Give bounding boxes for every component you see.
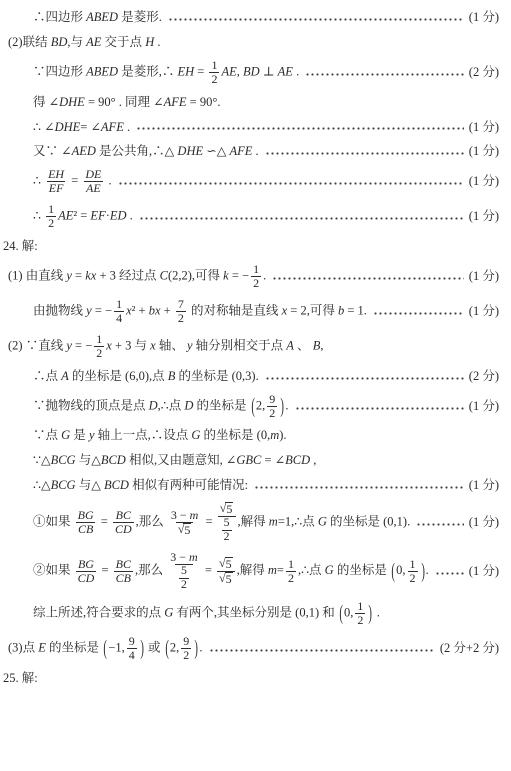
text-run: = (98, 515, 111, 529)
math-variable: ABED (86, 64, 118, 78)
fraction-numerator: 5 (222, 517, 232, 530)
math-variable: BCD (285, 453, 310, 467)
text-run: ⊥ (260, 64, 278, 78)
fraction-denominator: AE (84, 181, 103, 195)
big-right-paren: ) (140, 634, 144, 662)
text-run: ∴四边形 (33, 10, 86, 24)
doc-line-5: ∴ ∠DHE= ∠AFE .(1 分) (0, 119, 499, 136)
line-content: 又∵ ∠AED 是公共角,∴△ DHE ∽△ AFE . (33, 143, 259, 160)
line-content: ∴ 12AE² = EF·ED . (33, 203, 133, 230)
doc-line-1: ∴四边形 ABED 是菱形.(1 分) (0, 9, 499, 26)
line-content: ②如果 BGCD = BCCB,那么 3 − m52 = √5√5,解得 m=1… (33, 551, 429, 591)
text-run: 的对称轴是直线 (188, 303, 282, 317)
text-run: ,那么 (136, 515, 167, 529)
math-variable: BC (116, 508, 131, 522)
text-run: 轴上一点,∴设点 (95, 428, 192, 442)
fraction-denominator: √5 (217, 571, 235, 586)
text-run: = − (72, 338, 92, 352)
dotted-leader (416, 520, 464, 529)
text-run: ∵△ (33, 453, 51, 467)
math-variable: BC (116, 557, 131, 571)
fraction-denominator: CB (76, 522, 95, 536)
text-run: 2 (224, 530, 230, 543)
text-run: 的坐标是 (0, (200, 428, 270, 442)
text-run: 的坐标是 (193, 398, 249, 412)
score-label: (1 分) (469, 398, 499, 415)
line-content: ∵抛物线的顶点是点 D,∴点 D 的坐标是 (2,92). (33, 393, 289, 420)
text-run: 0, (396, 564, 405, 578)
score-label: (2 分) (469, 368, 499, 385)
text-run: . (285, 398, 288, 412)
text-run: . (105, 174, 111, 188)
radicand: 5 (225, 572, 233, 586)
text-run: =1,∴点 (278, 515, 318, 529)
doc-line-10: (1) 由直线 y = kx + 3 经过点 C(2,2),可得 k = −12… (0, 263, 499, 290)
fraction-numerator: √5 (218, 502, 236, 516)
text-run: ,解得 (238, 515, 269, 529)
line-content: 由抛物线 y = −14x² + bx + 72 的对称轴是直线 x = 2,可… (33, 298, 367, 325)
fraction-denominator: 2 (355, 613, 365, 627)
doc-line-8: ∴ 12AE² = EF·ED .(1 分) (0, 203, 499, 230)
text-run: 9 (183, 634, 189, 648)
big-right-paren: ) (195, 634, 199, 662)
doc-line-21: (3)点 E 的坐标是 (−1,94) 或 (2,92).(2 分+2 分) (0, 635, 499, 662)
fraction-numerator: DE (83, 168, 103, 181)
math-variable: CD (115, 522, 132, 536)
math-variable: DHE (59, 95, 85, 109)
text-run: ∴ (33, 209, 44, 223)
line-content: (1) 由直线 y = kx + 3 经过点 C(2,2),可得 k = −12… (8, 263, 266, 290)
doc-line-15: ∵点 G 是 y 轴上一点,∴设点 G 的坐标是 (0,m). (0, 427, 499, 444)
doc-line-6: 又∵ ∠AED 是公共角,∴△ DHE ∽△ AFE .(1 分) (0, 143, 499, 160)
math-variable: BCD (101, 453, 126, 467)
text-run: = − (92, 303, 112, 317)
math-variable: EH (177, 64, 194, 78)
text-run: . (263, 268, 266, 282)
text-run: ,与 (67, 35, 86, 49)
text-run: 的坐标是 (6,0),点 (69, 369, 168, 383)
fraction-numerator: 9 (127, 635, 137, 648)
text-run: , (320, 338, 323, 352)
fraction: 12 (209, 59, 219, 86)
line-content: 24. 解: (3, 238, 38, 255)
text-run: 交于点 (101, 35, 145, 49)
score-label: (1 分) (469, 119, 499, 136)
math-variable: AE (86, 35, 101, 49)
math-variable: G (318, 515, 327, 529)
text-run: ∴ ∠ (33, 120, 55, 134)
fraction-denominator: 2 (181, 648, 191, 662)
text-run: 是菱形. (118, 10, 162, 24)
line-content: (2)联结 BD,与 AE 交于点 H . (8, 34, 160, 51)
text-run: (2)联结 (8, 35, 51, 49)
math-variable: BCD (104, 478, 129, 492)
doc-line-18: ①如果 BGCB = BCCD,那么 3 − m√5 = √552,解得 m=1… (0, 502, 499, 543)
text-run: 相似有两种可能情况: (129, 478, 248, 492)
line-content: ①如果 BGCB = BCCD,那么 3 − m√5 = √552,解得 m=1… (33, 502, 410, 543)
fraction-denominator: CD (113, 522, 134, 536)
dotted-leader (373, 309, 464, 318)
line-content: ∴四边形 ABED 是菱形. (33, 9, 162, 26)
fraction-denominator: 2 (267, 406, 277, 420)
line-content: ∵△BCG 与△BCD 相似,又由题意知, ∠GBC = ∠BCD , (33, 452, 316, 469)
text-run: 与△ (76, 478, 104, 492)
line-content: ∴ ∠DHE= ∠AFE . (33, 119, 130, 136)
text-run: 2 (253, 276, 259, 290)
dotted-leader (136, 124, 464, 133)
text-run: 2 (96, 346, 102, 360)
big-left-paren: ( (339, 599, 343, 627)
text-run: 又∵ ∠ (33, 144, 72, 158)
doc-line-12: (2) ∵直线 y = −12x + 3 与 x 轴、 y 轴分别相交于点 A … (0, 333, 499, 360)
line-content: ∴点 A 的坐标是 (6,0),点 B 的坐标是 (0,3). (33, 368, 259, 385)
text-run: ∵抛物线的顶点是点 (33, 398, 149, 412)
text-run: (1) 由直线 (8, 268, 66, 282)
fraction: 12 (286, 558, 296, 585)
fraction: 92 (267, 393, 277, 420)
doc-line-22: 25. 解: (0, 670, 499, 687)
fraction-numerator: 3 − m (169, 509, 200, 522)
text-run: 1 (96, 332, 102, 346)
text-run: ∴ (33, 174, 44, 188)
fraction: 92 (181, 635, 191, 662)
dotted-leader (435, 569, 464, 578)
fraction-numerator: 1 (355, 600, 365, 613)
text-run: 2, (256, 398, 265, 412)
math-variable: CD (78, 571, 95, 585)
line-content: (3)点 E 的坐标是 (−1,94) 或 (2,92). (8, 635, 203, 662)
math-variable: AE (58, 209, 73, 223)
math-variable: G (164, 605, 173, 619)
text-run: 1 (288, 557, 294, 571)
dotted-leader (295, 404, 464, 413)
fraction-denominator: 2 (179, 578, 189, 592)
text-run: 4 (116, 311, 122, 325)
doc-line-20: 综上所述,符合要求的点 G 有两个,其坐标分别是 (0,1) 和 (0,12) … (0, 600, 499, 627)
score-label: (2 分) (469, 64, 499, 81)
fraction-denominator: √5 (176, 522, 194, 537)
fraction-numerator: BC (114, 558, 133, 571)
text-run: + 3 与 (112, 338, 150, 352)
score-label: (1 分) (469, 303, 499, 320)
fraction-denominator: 52 (175, 564, 193, 591)
math-variable: BD (51, 35, 68, 49)
fraction: 72 (176, 298, 186, 325)
fraction-numerator: 1 (286, 558, 296, 571)
text-run: = (277, 564, 284, 578)
fraction-denominator: CB (114, 571, 133, 585)
score-label: (1 分) (469, 514, 499, 531)
dotted-leader (254, 483, 464, 492)
text-run: 1 (357, 599, 363, 613)
text-run: 由抛物线 (33, 303, 86, 317)
text-run: = ∠ (80, 120, 101, 134)
fraction-denominator: EF (47, 181, 66, 195)
text-run: 2 (178, 311, 184, 325)
math-variable: EH (48, 167, 64, 181)
line-content: ∴ EHEF = DEAE . (33, 168, 112, 195)
text-run: = (202, 515, 215, 529)
doc-line-3: ∵四边形 ABED 是菱形,∴ EH = 12AE, BD ⊥ AE .(2 分… (0, 59, 499, 86)
math-variable: BG (78, 557, 94, 571)
text-run: 2 (410, 571, 416, 585)
text-run: . (426, 564, 429, 578)
line-content: ∵四边形 ABED 是菱形,∴ EH = 12AE, BD ⊥ AE . (33, 59, 299, 86)
fraction-numerator: 1 (408, 558, 418, 571)
score-label: (1 分) (469, 173, 499, 190)
text-run: 3 − (170, 550, 189, 564)
fraction: √552 (218, 502, 236, 543)
score-label: (1 分) (469, 208, 499, 225)
doc-line-16: ∵△BCG 与△BCD 相似,又由题意知, ∠GBC = ∠BCD , (0, 452, 499, 469)
doc-line-4: 得 ∠DHE = 90° . 同理 ∠AFE = 90°. (0, 94, 499, 111)
square-root: √5 (178, 523, 192, 537)
text-run: 的坐标是 (334, 564, 390, 578)
math-variable: H (145, 35, 154, 49)
text-run: ∵点 (33, 428, 61, 442)
text-run: 2 (288, 571, 294, 585)
fraction-numerator: 1 (251, 263, 261, 276)
text-run: . (293, 64, 299, 78)
text-run: 2 (181, 578, 187, 591)
text-run: 是公共角,∴△ (96, 144, 178, 158)
fraction-denominator: 4 (114, 311, 124, 325)
math-variable: BD (243, 64, 260, 78)
fraction-numerator: √5 (217, 557, 235, 571)
text-run: + (161, 303, 174, 317)
fraction-numerator: EH (46, 168, 66, 181)
math-variable: A (61, 369, 69, 383)
fraction-denominator: 2 (46, 216, 56, 230)
math-variable: bx (149, 303, 161, 317)
line-content: 综上所述,符合要求的点 G 有两个,其坐标分别是 (0,1) 和 (0,12) … (33, 600, 380, 627)
fraction-numerator: 7 (176, 298, 186, 311)
text-run: ②如果 (33, 564, 74, 578)
fraction: 52 (222, 517, 232, 543)
text-run: 2 (211, 72, 217, 86)
text-run: 轴分别相交于点 (193, 338, 287, 352)
text-run: ,解得 (237, 564, 268, 578)
fraction-numerator: 9 (181, 635, 191, 648)
text-run: ² = (73, 209, 90, 223)
text-run: + 3 经过点 (96, 268, 159, 282)
fraction: BCCD (113, 509, 134, 536)
text-run: ∵四边形 (33, 64, 86, 78)
square-root: √5 (220, 502, 234, 516)
text-run: , (310, 453, 316, 467)
score-label: (1 分) (469, 143, 499, 160)
doc-line-13: ∴点 A 的坐标是 (6,0),点 B 的坐标是 (0,3).(2 分) (0, 368, 499, 385)
math-variable: m (269, 515, 278, 529)
text-run: 轴、 (156, 338, 187, 352)
square-root: √5 (219, 557, 233, 571)
text-run: ∴点 (33, 369, 61, 383)
fraction-numerator: 1 (114, 298, 124, 311)
text-run: 的坐标是 (46, 640, 102, 654)
text-run: 5 (181, 564, 187, 577)
math-variable: G (325, 564, 334, 578)
dotted-leader (139, 214, 464, 223)
math-variable: EF (49, 181, 64, 195)
fraction: BCCB (114, 558, 133, 585)
text-run: 的坐标是 (0,1). (327, 515, 410, 529)
math-variable: GBC (236, 453, 261, 467)
text-run: . (154, 35, 160, 49)
text-run: 9 (129, 634, 135, 648)
radicand: 5 (225, 502, 233, 516)
math-variable: E (38, 640, 46, 654)
fraction: BGCD (76, 558, 97, 585)
text-run: 、 (294, 338, 313, 352)
fraction-denominator: 52 (218, 516, 236, 543)
fraction-numerator: BC (114, 509, 133, 522)
math-variable: EF (90, 209, 105, 223)
math-variable: AE (221, 64, 236, 78)
dotted-leader (168, 15, 464, 24)
fraction-numerator: BG (76, 509, 96, 522)
math-variable: BCG (51, 478, 76, 492)
text-run: ∴△ (33, 478, 51, 492)
math-variable: m (189, 550, 198, 564)
math-variable: AFE (229, 144, 252, 158)
text-run: . (252, 144, 258, 158)
text-run: 1 (410, 557, 416, 571)
text-run: 1 (48, 202, 54, 216)
line-content: 得 ∠DHE = 90° . 同理 ∠AFE = 90°. (33, 94, 220, 111)
math-variable: DHE (177, 144, 203, 158)
doc-line-2: (2)联结 BD,与 AE 交于点 H . (0, 34, 499, 51)
fraction-denominator: 2 (408, 571, 418, 585)
text-run: (2,2),可得 (168, 268, 223, 282)
text-run: 综上所述,符合要求的点 (33, 605, 164, 619)
fraction: DEAE (83, 168, 103, 195)
text-run: 24. 解: (3, 239, 38, 253)
big-right-paren: ) (421, 558, 425, 586)
text-run: 1 (211, 58, 217, 72)
text-run: . (199, 640, 202, 654)
text-run: = (202, 564, 215, 578)
fraction: 12 (355, 600, 365, 627)
math-variable: BG (78, 508, 94, 522)
big-right-paren: ) (369, 599, 373, 627)
fraction-denominator: 2 (94, 346, 104, 360)
text-run: = (68, 174, 81, 188)
math-variable: ED (110, 209, 127, 223)
math-variable: ABED (86, 10, 118, 24)
text-run: 2, (170, 640, 179, 654)
fraction: 3 − m52 (168, 551, 199, 591)
big-left-paren: ( (103, 634, 107, 662)
dotted-leader (305, 70, 464, 79)
math-variable: A (286, 338, 294, 352)
radicand: 5 (183, 523, 191, 537)
fraction: EHEF (46, 168, 66, 195)
doc-line-14: ∵抛物线的顶点是点 D,∴点 D 的坐标是 (2,92).(1 分) (0, 393, 499, 420)
fraction-denominator: 4 (127, 648, 137, 662)
text-run: 2 (269, 406, 275, 420)
fraction-numerator: 3 − m (168, 551, 199, 564)
text-run: (3)点 (8, 640, 38, 654)
text-run: 1 (116, 297, 122, 311)
text-run: = (194, 64, 207, 78)
text-run: = 2,可得 (287, 303, 338, 317)
math-variable: AE (278, 64, 293, 78)
text-run: = 90° . 同理 ∠ (85, 95, 164, 109)
line-content: ∴△BCG 与△ BCD 相似有两种可能情况: (33, 477, 248, 494)
dotted-leader (272, 274, 464, 283)
fraction-denominator: CD (76, 571, 97, 585)
fraction: 14 (114, 298, 124, 325)
math-variable: kx (85, 268, 96, 282)
text-run: 9 (269, 392, 275, 406)
text-run: = (72, 268, 85, 282)
math-variable: DE (85, 167, 101, 181)
text-run: 1 (253, 262, 259, 276)
text-run: 4 (129, 648, 135, 662)
text-run: 25. 解: (3, 671, 38, 685)
fraction-numerator: 1 (46, 203, 56, 216)
big-left-paren: ( (165, 634, 169, 662)
fraction: 3 − m√5 (169, 509, 200, 537)
text-run: = 90°. (187, 95, 221, 109)
math-variable: G (61, 428, 70, 442)
text-run: ² + (132, 303, 149, 317)
dotted-leader (118, 179, 464, 188)
text-run: ,那么 (135, 564, 166, 578)
text-run: (2) ∵直线 (8, 338, 66, 352)
fraction: √5√5 (217, 557, 235, 586)
score-label: (1 分) (469, 9, 499, 26)
math-variable: AFE (101, 120, 124, 134)
doc-line-17: ∴△BCG 与△ BCD 相似有两种可能情况:(1 分) (0, 477, 499, 494)
text-run: 2 (357, 613, 363, 627)
text-run: ). (279, 428, 286, 442)
text-run: . (127, 209, 133, 223)
text-run: . (124, 120, 130, 134)
text-run: 是 (70, 428, 89, 442)
math-variable: C (160, 268, 168, 282)
doc-line-19: ②如果 BGCD = BCCB,那么 3 − m52 = √5√5,解得 m=1… (0, 551, 499, 591)
math-variable: DHE (55, 120, 81, 134)
math-variable: CB (78, 522, 93, 536)
text-run: 0, (344, 605, 353, 619)
text-run: 或 (145, 640, 164, 654)
math-variable: m (270, 428, 279, 442)
fraction: 12 (251, 263, 261, 290)
fraction-denominator: 2 (251, 276, 261, 290)
fraction: 94 (127, 635, 137, 662)
text-run: −1, (108, 640, 124, 654)
dotted-leader (265, 149, 464, 158)
text-run: ①如果 (33, 515, 74, 529)
radicand: 5 (225, 557, 233, 571)
line-content: ∵点 G 是 y 轴上一点,∴设点 G 的坐标是 (0,m). (33, 427, 287, 444)
text-run: = (98, 564, 111, 578)
score-label: (2 分+2 分) (440, 640, 499, 657)
dotted-leader (265, 374, 464, 383)
text-run: 得 ∠ (33, 95, 59, 109)
math-variable: m (190, 508, 199, 522)
text-run: 3 − (171, 508, 190, 522)
math-variable: BCG (51, 453, 76, 467)
fraction: 52 (179, 565, 189, 591)
text-run: . (374, 605, 380, 619)
math-variable: AED (72, 144, 96, 158)
score-label: (1 分) (469, 563, 499, 580)
answer-sheet: ∴四边形 ABED 是菱形.(1 分)(2)联结 BD,与 AE 交于点 H .… (0, 0, 511, 771)
fraction-numerator: 5 (179, 565, 189, 578)
big-left-paren: ( (251, 392, 255, 420)
